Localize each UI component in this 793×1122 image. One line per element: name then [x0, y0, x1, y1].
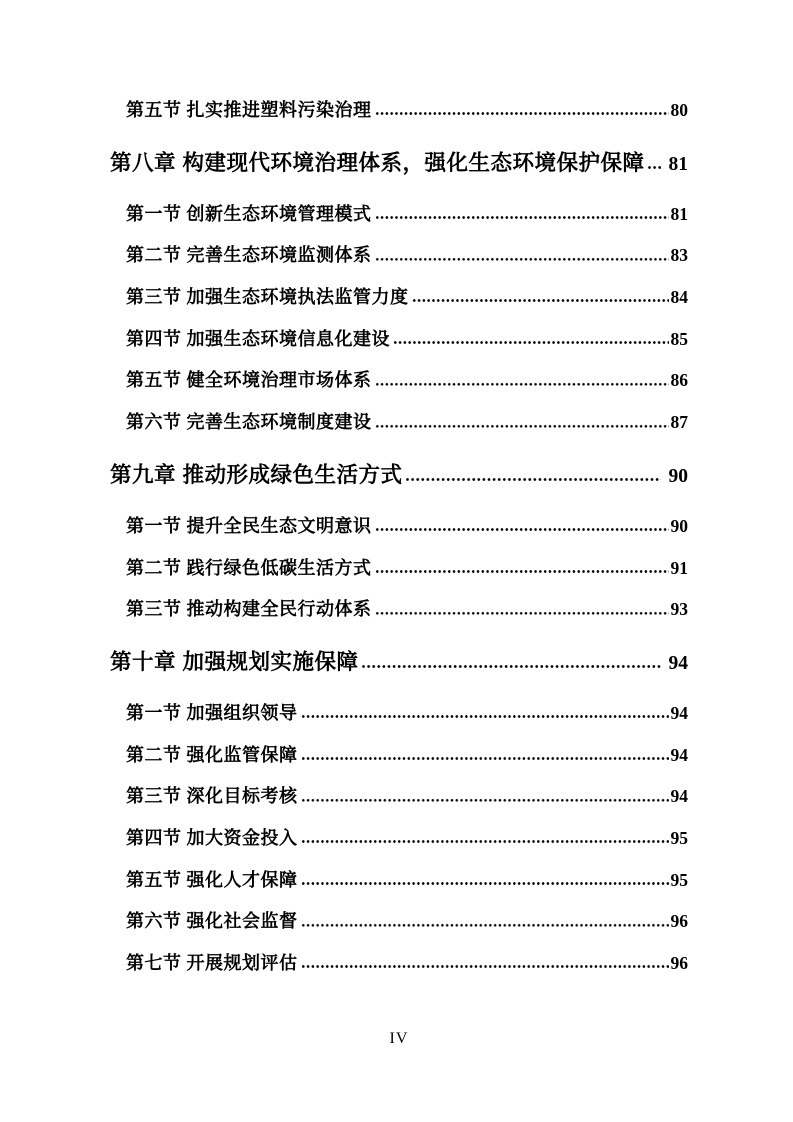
- toc-entry-label: 第六节 强化社会监督: [126, 901, 298, 943]
- toc-entry-section-9[interactable]: 第一节 提升全民生态文明意识 90: [110, 506, 688, 548]
- toc-entry-section-13[interactable]: 第一节 加强组织领导 94: [110, 693, 688, 735]
- toc-entry-label: 第四节 加大资金投入: [126, 818, 298, 860]
- toc-entry-label: 第一节 加强组织领导: [126, 693, 298, 735]
- toc-entry-section-14[interactable]: 第二节 强化监管保障 94: [110, 735, 688, 777]
- toc-dot-leader: [375, 611, 669, 616]
- toc-dot-leader: [375, 215, 669, 220]
- document-page: 第五节 扎实推进塑料污染治理 80 第八章 构建现代环境治理体系，强化生态环境保…: [0, 0, 793, 1122]
- toc-entry-label: 第四节 加强生态环境信息化建设: [126, 319, 390, 361]
- toc-entry-page-number: 96: [671, 943, 689, 985]
- toc-entry-section-11[interactable]: 第三节 推动构建全民行动体系 93: [110, 589, 688, 631]
- toc-entry-page-number: 83: [671, 235, 689, 277]
- toc-entry-label: 第八章 构建现代环境治理体系，强化生态环境保护保障: [110, 141, 644, 185]
- toc-entry-label: 第二节 完善生态环境监测体系: [126, 235, 372, 277]
- toc-dot-leader: [301, 839, 669, 844]
- toc-entry-page-number: 81: [671, 194, 689, 236]
- toc-entry-section-16[interactable]: 第四节 加大资金投入 95: [110, 818, 688, 860]
- toc-entry-chapter-12[interactable]: 第十章 加强规划实施保障 94: [110, 640, 688, 684]
- toc-entry-label: 第三节 深化目标考核: [126, 776, 298, 818]
- toc-entry-label: 第五节 健全环境治理市场体系: [126, 360, 372, 402]
- toc-entry-section-4[interactable]: 第三节 加强生态环境执法监管力度 84: [110, 277, 688, 319]
- toc-dot-leader: [301, 798, 669, 803]
- toc-entry-section-18[interactable]: 第六节 强化社会监督 96: [110, 901, 688, 943]
- toc-dot-leader: [301, 881, 669, 886]
- toc-dot-leader: [361, 664, 660, 669]
- toc-entry-label: 第十章 加强规划实施保障: [110, 640, 358, 684]
- toc-dot-leader: [375, 382, 669, 387]
- toc-entry-section-0[interactable]: 第五节 扎实推进塑料污染治理 80: [110, 90, 688, 132]
- toc-entry-section-15[interactable]: 第三节 深化目标考核 94: [110, 776, 688, 818]
- toc-dot-leader: [301, 964, 669, 969]
- toc-entry-page-number: 93: [671, 589, 689, 631]
- toc-entry-page-number: 80: [671, 90, 689, 132]
- toc-entry-label: 第二节 践行绿色低碳生活方式: [126, 548, 372, 590]
- toc-dot-leader: [375, 527, 669, 532]
- toc-dot-leader: [375, 257, 669, 262]
- toc-entry-label: 第三节 推动构建全民行动体系: [126, 589, 372, 631]
- toc-dot-leader: [647, 165, 660, 170]
- toc-entry-label: 第三节 加强生态环境执法监管力度: [126, 277, 409, 319]
- footer-page-number: IV: [390, 1030, 409, 1047]
- toc-dot-leader: [412, 298, 669, 303]
- toc-entry-label: 第六节 完善生态环境制度建设: [126, 402, 372, 444]
- toc-entry-page-number: 87: [671, 402, 689, 444]
- toc-dot-leader: [375, 424, 669, 429]
- toc-entry-page-number: 91: [671, 548, 689, 590]
- toc-entry-label: 第二节 强化监管保障: [126, 735, 298, 777]
- toc-entry-section-3[interactable]: 第二节 完善生态环境监测体系 83: [110, 235, 688, 277]
- toc-dot-leader: [301, 714, 669, 719]
- toc-entry-section-5[interactable]: 第四节 加强生态环境信息化建设 85: [110, 319, 688, 361]
- toc-entry-label: 第五节 扎实推进塑料污染治理: [126, 90, 372, 132]
- toc-entry-label: 第五节 强化人才保障: [126, 860, 298, 902]
- table-of-contents: 第五节 扎实推进塑料污染治理 80 第八章 构建现代环境治理体系，强化生态环境保…: [110, 90, 688, 985]
- toc-entry-section-7[interactable]: 第六节 完善生态环境制度建设 87: [110, 402, 688, 444]
- toc-entry-label: 第九章 推动形成绿色生活方式: [110, 453, 402, 497]
- toc-dot-leader: [301, 756, 669, 761]
- toc-entry-page-number: 81: [669, 143, 689, 187]
- toc-entry-label: 第七节 开展规划评估: [126, 943, 298, 985]
- toc-entry-page-number: 84: [671, 277, 689, 319]
- toc-entry-label: 第一节 创新生态环境管理模式: [126, 194, 372, 236]
- toc-entry-page-number: 94: [669, 642, 689, 686]
- page-footer: IV: [110, 1030, 688, 1048]
- toc-entry-chapter-8[interactable]: 第九章 推动形成绿色生活方式 90: [110, 453, 688, 497]
- toc-entry-section-6[interactable]: 第五节 健全环境治理市场体系 86: [110, 360, 688, 402]
- toc-entry-page-number: 96: [671, 901, 689, 943]
- toc-entry-page-number: 90: [669, 455, 689, 499]
- toc-entry-section-2[interactable]: 第一节 创新生态环境管理模式 81: [110, 194, 688, 236]
- toc-entry-chapter-1[interactable]: 第八章 构建现代环境治理体系，强化生态环境保护保障 81: [110, 141, 688, 185]
- toc-entry-page-number: 95: [671, 818, 689, 860]
- toc-entry-page-number: 94: [671, 693, 689, 735]
- toc-entry-section-10[interactable]: 第二节 践行绿色低碳生活方式 91: [110, 548, 688, 590]
- toc-entry-page-number: 90: [671, 506, 689, 548]
- toc-dot-leader: [375, 111, 669, 116]
- toc-dot-leader: [301, 923, 669, 928]
- toc-dot-leader: [405, 477, 660, 482]
- toc-entry-section-19[interactable]: 第七节 开展规划评估 96: [110, 943, 688, 985]
- toc-entry-page-number: 95: [671, 860, 689, 902]
- toc-entry-page-number: 94: [671, 776, 689, 818]
- toc-entry-section-17[interactable]: 第五节 强化人才保障 95: [110, 860, 688, 902]
- toc-entry-label: 第一节 提升全民生态文明意识: [126, 506, 372, 548]
- toc-entry-page-number: 85: [671, 319, 689, 361]
- toc-dot-leader: [393, 340, 669, 345]
- toc-entry-page-number: 86: [671, 360, 689, 402]
- toc-dot-leader: [375, 569, 669, 574]
- toc-entry-page-number: 94: [671, 735, 689, 777]
